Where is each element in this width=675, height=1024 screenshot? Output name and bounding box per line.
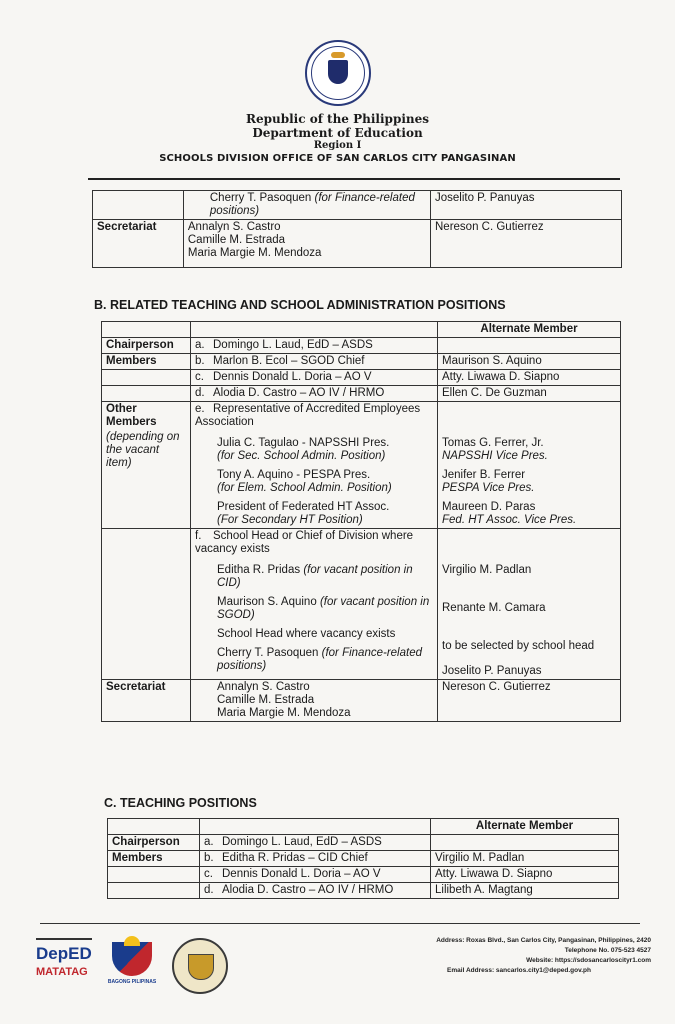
sdo-seal-icon [172,938,228,994]
republic-line: Republic of the Philippines [0,112,675,126]
deped-matatag-logo-icon: DepED MATATAG [36,938,96,994]
table-row: c.Dennis Donald L. Doria – AO V Atty. Li… [102,370,621,386]
table-row: Secretariat Annalyn S. Castro Camille M.… [93,220,622,268]
header-divider [88,178,620,180]
address-text: Address: Roxas Blvd., San Carlos City, P… [436,936,651,946]
table-row: Members b.Marlon B. Ecol – SGOD Chief Ma… [102,354,621,370]
bagong-pilipinas-logo-icon: BAGONG PILIPINAS [106,938,158,994]
alternate-member-header: Alternate Member [431,819,619,835]
alternate-member-header: Alternate Member [438,322,621,338]
table-header-row: Alternate Member [108,819,619,835]
table-row: d.Alodia D. Castro – AO IV / HRMO Ellen … [102,386,621,402]
email-link[interactable]: Email Address: sancarlos.city1@deped.gov… [436,966,591,976]
table-row-secretariat: Secretariat Annalyn S. Castro Camille M.… [102,680,621,722]
section-b-title: B. RELATED TEACHING AND SCHOOL ADMINISTR… [94,298,506,312]
table-header-row: Alternate Member [102,322,621,338]
table-section-c: Alternate Member Chairperson a.Domingo L… [107,818,619,899]
footer-divider [40,923,640,924]
department-line: Department of Education [0,126,675,140]
deped-seal-icon [305,40,371,106]
table-row: Chairperson a.Domingo L. Laud, EdD – ASD… [102,338,621,354]
document-page: Republic of the Philippines Department o… [0,0,675,1024]
region-line: Region I [0,140,675,152]
table-row: Cherry T. Pasoquen (for Finance-related … [93,191,622,220]
website-link[interactable]: Website: https://sdosancarloscityr1.com [436,956,651,966]
table-a-continued: Cherry T. Pasoquen (for Finance-related … [92,190,622,268]
telephone-text: Telephone No. 075-523 4527 [436,946,651,956]
letterhead: Republic of the Philippines Department o… [0,40,675,165]
table-section-b: Alternate Member Chairperson a.Domingo L… [101,321,621,722]
table-row-other-members: Other Members (depending on the vacant i… [102,402,621,529]
office-line: SCHOOLS DIVISION OFFICE OF SAN CARLOS CI… [0,152,675,165]
contact-info: Address: Roxas Blvd., San Carlos City, P… [436,936,651,976]
table-row-school-head: f.School Head or Chief of Division where… [102,529,621,680]
table-row: Members b.Editha R. Pridas – CID Chief V… [108,851,619,867]
table-row: d.Alodia D. Castro – AO IV / HRMO Lilibe… [108,883,619,899]
section-c-title: C. TEACHING POSITIONS [104,796,257,810]
table-row: c.Dennis Donald L. Doria – AO V Atty. Li… [108,867,619,883]
table-row: Chairperson a.Domingo L. Laud, EdD – ASD… [108,835,619,851]
